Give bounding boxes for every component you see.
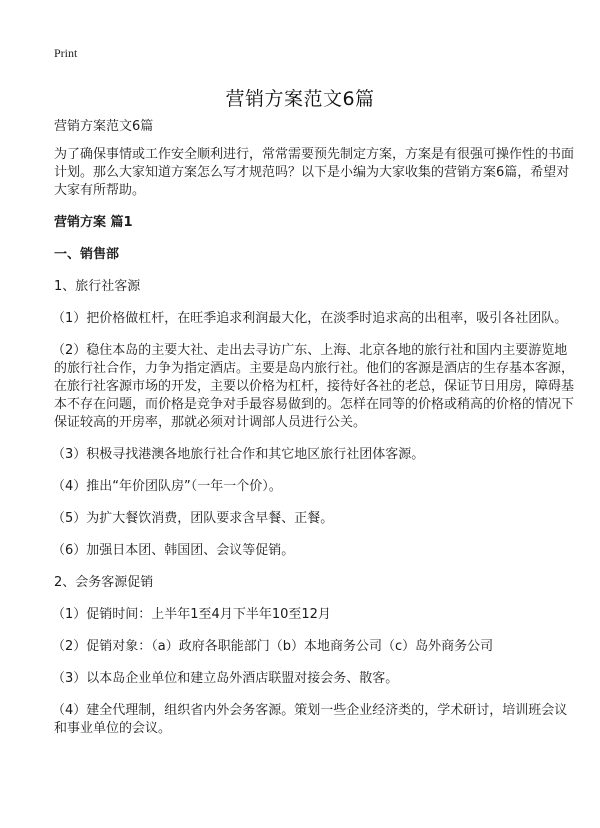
list-item: （1）促销时间：上半年1至4月下半年10至12月 (54, 606, 578, 624)
list-item: （1）把价格做杠杆，在旺季追求利润最大化，在淡季时追求高的出租率，吸引各社团队。 (54, 310, 578, 328)
section-subheading: 一、销售部 (54, 246, 578, 264)
list-item: （2）促销对象：（a）政府各职能部门（b）本地商务公司（c）岛外商务公司 (54, 638, 578, 656)
part-title: 2、会务客源促销 (54, 574, 578, 592)
print-label[interactable]: Print (54, 46, 77, 61)
list-item: （3）以本岛企业单位和建立岛外酒店联盟对接会务、散客。 (54, 670, 578, 688)
list-item: （6）加强日本团、韩国团、会议等促销。 (54, 542, 578, 560)
list-item: （4）建全代理制，组织省内外会务客源。策划一些企业经济类的，学术研讨，培训班会议… (54, 702, 578, 738)
list-item: （5）为扩大餐饮消费，团队要求含早餐、正餐。 (54, 510, 578, 528)
document-body: 营销方案范文6篇 为了确保事情或工作安全顺利进行，常常需要预先制定方案，方案是有… (54, 118, 578, 752)
part-title: 1、旅行社客源 (54, 278, 578, 296)
list-item: （4）推出“年价团队房”（一年一个价）。 (54, 478, 578, 496)
list-item: （3）积极寻找港澳各地旅行社合作和其它地区旅行社团体客源。 (54, 446, 578, 464)
document-subtitle: 营销方案范文6篇 (54, 118, 578, 136)
intro-paragraph: 为了确保事情或工作安全顺利进行，常常需要预先制定方案，方案是有很强可操作性的书面… (54, 146, 578, 200)
document-title: 营销方案范文6篇 (0, 84, 600, 111)
list-item: （2）稳住本岛的主要大社、走出去寻访广东、上海、北京各地的旅行社和国内主要游览地… (54, 342, 578, 432)
section-heading: 营销方案 篇1 (54, 214, 578, 232)
